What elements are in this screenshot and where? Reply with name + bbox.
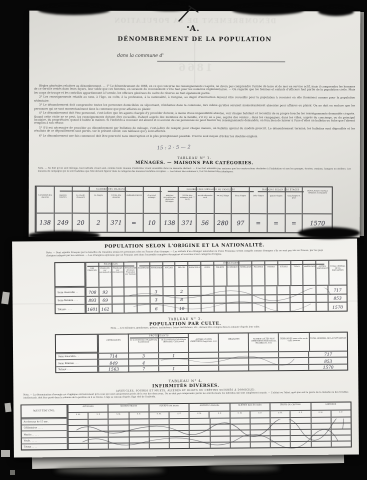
rules-paragraph: 4° Le dénombrement doit être personnel, …	[34, 112, 355, 126]
row-label-total: Totaux . . . .	[56, 365, 97, 372]
column-header: AUTRES CULTES CHRÉTIENS (Anglicans, etc.…	[188, 334, 218, 352]
table1-column: OBSERVATIONS =	[125, 187, 143, 232]
census-cover-page: DÉNOMBREMENT DE LA POPULATION 1866 A. DÉ…	[29, 11, 361, 238]
handwritten-note: 15 : 2 · 5 — 2	[157, 144, 191, 151]
table-row: 16011626101570	[86, 302, 347, 313]
bottom-paper-blob	[208, 465, 280, 471]
handwritten-value: 717	[328, 286, 347, 294]
handwritten-value: 2	[175, 287, 188, 295]
handwritten-value	[226, 295, 239, 303]
group-header-francais: FRANÇAIS	[87, 263, 134, 267]
handwritten-value	[124, 305, 137, 313]
handwritten-value: 371	[108, 214, 125, 232]
table1-column: deux étages 97	[231, 187, 249, 232]
handwritten-value	[111, 305, 124, 313]
page-title: DÉNOMBREMENT DE LA POPULATION	[29, 36, 360, 44]
column-header: NUMÉROS des maisons	[37, 187, 54, 214]
table2-nota: Nota. — Sont réputés Français par le bén…	[46, 250, 323, 258]
handwritten-value	[213, 304, 226, 312]
handwritten-value	[188, 365, 218, 371]
row-label-feminin: Sexe féminin . . .	[56, 296, 85, 305]
paper-tear-shadow	[318, 7, 354, 16]
empty-cell	[169, 443, 189, 448]
sheet-gap-shadow	[28, 231, 100, 240]
infirmity-group: GOITREUX S. M. S. F.	[310, 403, 351, 418]
empty-cell	[68, 444, 88, 449]
handwritten-value: 708	[85, 288, 98, 296]
table1-column: d'un seul ménage 10	[142, 187, 160, 232]
table4-row-labels: Au-dessous de 15 ans .Célibataires . . .…	[22, 418, 67, 449]
handwritten-value	[302, 286, 315, 294]
table-infirmites: ÂGE ET ÉTAT CIVIL. Au-dessous de 15 ans …	[20, 402, 351, 451]
handwritten-value	[218, 365, 248, 371]
row-label-column: ÂGE ET ÉTAT CIVIL. Au-dessous de 15 ans …	[21, 405, 67, 449]
rules-paragraph: 5° S'il est nécessaire de procéder au dé…	[34, 126, 355, 133]
handwritten-value	[162, 287, 175, 295]
table-row	[68, 441, 351, 449]
margin-speck	[1, 292, 10, 305]
handwritten-value	[239, 295, 252, 303]
row-label-masculin: Sexe masculin . .	[55, 287, 84, 296]
handwritten-value	[137, 296, 150, 304]
handwritten-value: 2	[90, 214, 107, 232]
tableau4-nota: Nota. — La dénomination d'aveugle ne s'a…	[23, 392, 348, 400]
empty-cell	[230, 442, 250, 447]
handwritten-value: 1601	[86, 305, 99, 313]
handwritten-value	[248, 365, 278, 371]
handwritten-value: 1	[158, 366, 188, 372]
infirmity-group: ALIÉNÉS à domicile S. M. S. F.	[189, 404, 230, 419]
handwritten-value	[111, 288, 124, 296]
table1-column: trois étages =	[249, 187, 267, 232]
table-row: 1563711570	[98, 363, 347, 371]
empty-cell	[128, 443, 148, 448]
rules-paragraph: Règles générales relatives au dénombreme…	[34, 85, 355, 96]
handwritten-value: 97	[232, 214, 249, 232]
handwritten-value: =	[126, 214, 143, 232]
table-population-culte: PROTESTANTS Sexe masculin . . Sexe fémin…	[55, 332, 348, 374]
handwritten-value: 6	[149, 305, 162, 313]
handwritten-value	[162, 296, 175, 304]
empty-cell	[310, 442, 330, 447]
handwritten-value	[302, 303, 315, 311]
handwritten-value: 249	[54, 214, 71, 232]
tableau1-nota: Nota. — Ne font qu'un seul ménage, tout …	[38, 168, 351, 174]
column-header: POPULATION TOTALE (hommes et femmes)	[303, 187, 332, 214]
handwritten-value	[290, 295, 303, 303]
sheet-gap-shadow	[298, 227, 360, 239]
table1-column: rez-de-chaussée seul 56	[196, 187, 214, 232]
rules-text-block: Règles générales relatives au dénombreme…	[34, 85, 355, 140]
handwritten-value	[277, 286, 290, 294]
handwritten-value: 280	[214, 214, 231, 232]
handwritten-value	[277, 304, 290, 312]
empty-cell	[290, 442, 310, 447]
handwritten-value	[162, 305, 175, 313]
handwritten-value: 69	[98, 297, 111, 305]
census-tables-page: POPULATION SELON L'ORIGINE ET LA NATIONA…	[12, 238, 359, 457]
handwritten-value	[238, 287, 251, 295]
group-header-protestants: PROTESTANTS	[130, 335, 188, 339]
handwritten-value	[200, 287, 213, 295]
age-etat-civil-header: ÂGE ET ÉTAT CIVIL.	[21, 405, 66, 418]
bottom-paper-blob	[55, 467, 165, 474]
row-label-column: Sexe masculin . . Sexe féminin . . . Tot…	[56, 335, 98, 372]
handwritten-value: =	[250, 214, 267, 232]
handwritten-value	[251, 304, 264, 312]
handwritten-value	[251, 295, 264, 303]
margin-speck	[5, 403, 12, 413]
handwritten-value: 893	[86, 297, 99, 305]
tableau1-title: MÉNAGES. — MAISONS PAR CATÉGORIES.	[29, 161, 360, 167]
handwritten-value: 8	[175, 296, 188, 304]
column-header: TOTAL GÉNÉRAL DE LA POPULATION	[328, 261, 346, 285]
handwritten-value: 20	[72, 214, 89, 232]
handwritten-value	[213, 296, 226, 304]
empty-cell	[189, 443, 209, 448]
table1-column: TOTAL des ménages (col. 7 et 8) 371	[178, 187, 196, 232]
handwritten-value: 3	[149, 287, 162, 295]
handwritten-value: 7	[128, 366, 158, 372]
infirmity-group: IDIOTS OU CRÉTINS S. M. S. F.	[270, 403, 311, 418]
handwritten-value	[226, 287, 239, 295]
column-header: TOTAL GÉNÉRAL DE LA POPULATION	[308, 333, 347, 351]
empty-cell	[88, 444, 108, 449]
row-label-header	[56, 335, 97, 353]
group-header-etages: MAISONS SELON LES ÉTAGES	[258, 189, 304, 193]
column-header: PERSONNES sans culte ou de culte inconnu	[278, 333, 308, 351]
column-header: ISRAÉLITES	[218, 333, 248, 351]
table1-column: POPULATION TOTALE (hommes et femmes) 157…	[302, 187, 332, 232]
handwritten-value	[226, 304, 239, 312]
table1-column: TOTAL des maisons 371	[107, 187, 125, 232]
row-label-column: Sexe masculin . . Sexe féminin . . . Tot…	[55, 263, 85, 313]
handwritten-value: 1570	[328, 303, 347, 311]
pen-mark-arrow	[175, 1, 205, 29]
table1-column: quatre étages =	[267, 187, 285, 232]
margin-speck	[1, 450, 10, 457]
handwritten-value: =	[268, 214, 285, 232]
infirmity-group: AVEUGLES S. M. S. F.	[67, 405, 108, 420]
handwritten-value	[111, 296, 124, 304]
bleedthrough-year: 1866	[29, 63, 360, 75]
row-label-header	[55, 263, 84, 288]
handwritten-value: 3	[149, 296, 162, 304]
group-header-menages: NOMBRE DES MÉNAGES OU FAMILLES	[168, 188, 254, 192]
margin-speck	[10, 470, 15, 475]
handwritten-value: 1563	[98, 366, 128, 372]
table1-column: un seul étage 280	[213, 187, 231, 232]
empty-cell	[250, 442, 270, 447]
handwritten-value	[278, 365, 308, 371]
handwritten-value: 93	[98, 288, 111, 296]
table1-column: en rez-de-chaussée 20	[71, 187, 89, 232]
row-label: Totaux . . . .	[22, 443, 67, 450]
table2-grid: NÉS FRANÇAISFRANÇAIS par naturalisationF…	[85, 261, 346, 313]
infirmity-group: SOURDS non muets S. M. S. F.	[148, 404, 189, 419]
blank-rule-line	[157, 60, 285, 61]
handwritten-value	[264, 295, 277, 303]
handwritten-value: 371	[179, 214, 196, 232]
handwritten-value: 853	[328, 294, 347, 302]
paper-tear-shadow	[38, 5, 110, 15]
handwritten-value: 162	[98, 305, 111, 313]
handwritten-value	[187, 287, 200, 295]
handwritten-value	[289, 286, 302, 294]
group-header-maisons: NOMBRE DES MAISONS	[60, 188, 162, 192]
handwritten-value	[290, 303, 303, 311]
table-origine-nationalite: FRANÇAIS ÉTRANGERS Sexe masculin . . Sex…	[54, 260, 347, 315]
empty-cell	[209, 443, 229, 448]
handwritten-value	[124, 288, 137, 296]
empty-cell	[108, 444, 128, 449]
handwritten-value	[264, 304, 277, 312]
infirmity-group: SOURDS-MUETS S. M. S. F.	[108, 404, 149, 419]
handwritten-value	[239, 304, 252, 312]
handwritten-value: 56	[197, 214, 214, 232]
empty-cell	[149, 443, 169, 448]
handwritten-value: 10	[175, 304, 188, 312]
table-menages-maisons: NOMBRE DES MAISONS NOMBRE DES MÉNAGES OU…	[35, 186, 333, 234]
handwritten-value	[188, 296, 201, 304]
handwritten-value: 1570	[308, 364, 347, 370]
handwritten-value	[136, 288, 149, 296]
handwritten-value	[315, 303, 328, 311]
handwritten-value: 138	[161, 214, 178, 232]
handwritten-value	[315, 286, 328, 294]
handwritten-value	[213, 287, 226, 295]
row-label-total: Totaux . . . .	[56, 304, 85, 313]
handwritten-value	[251, 287, 264, 295]
handwritten-value	[264, 286, 277, 294]
column-header: AUTRES CULTES NON CHRÉTIENS (Mahométans,…	[248, 333, 278, 351]
handwritten-value: 10	[143, 214, 160, 232]
handwritten-value: 138	[37, 214, 54, 232]
empty-cell	[331, 442, 351, 447]
table4-grid: AVEUGLES S. M. S. F. SOURDS-MUETS S. M. …	[67, 403, 350, 449]
table1-columns: NUMÉROS des maisons 138 maisons entières…	[36, 187, 332, 233]
handwritten-value	[200, 296, 213, 304]
handwritten-value	[188, 304, 201, 312]
table1-column: NUMÉROS des maisons 138	[36, 187, 54, 232]
table1-column: cinq étages et plus =	[284, 187, 302, 232]
paper-tear-shadow	[232, 5, 304, 15]
table1-column: maisons entières 249	[53, 187, 71, 232]
handwritten-value	[302, 295, 315, 303]
column-header: CATHOLIQUES	[98, 335, 128, 353]
table1-column: maisons occupées par plusieurs ménages 1…	[160, 187, 178, 232]
empty-cell	[270, 442, 290, 447]
infirmity-group: ALIÉNÉS dans les asiles S. M. S. F.	[229, 403, 270, 418]
rules-paragraph: 6° Le dénombrement une fois commencé doi…	[34, 134, 355, 138]
handwritten-value	[124, 296, 137, 304]
commune-label: dans la commune d'	[117, 54, 163, 59]
handwritten-value	[315, 295, 328, 303]
table1-column: en étages 2	[89, 187, 107, 232]
handwritten-value	[200, 304, 213, 312]
handwritten-value	[277, 295, 290, 303]
handwritten-value	[137, 305, 150, 313]
